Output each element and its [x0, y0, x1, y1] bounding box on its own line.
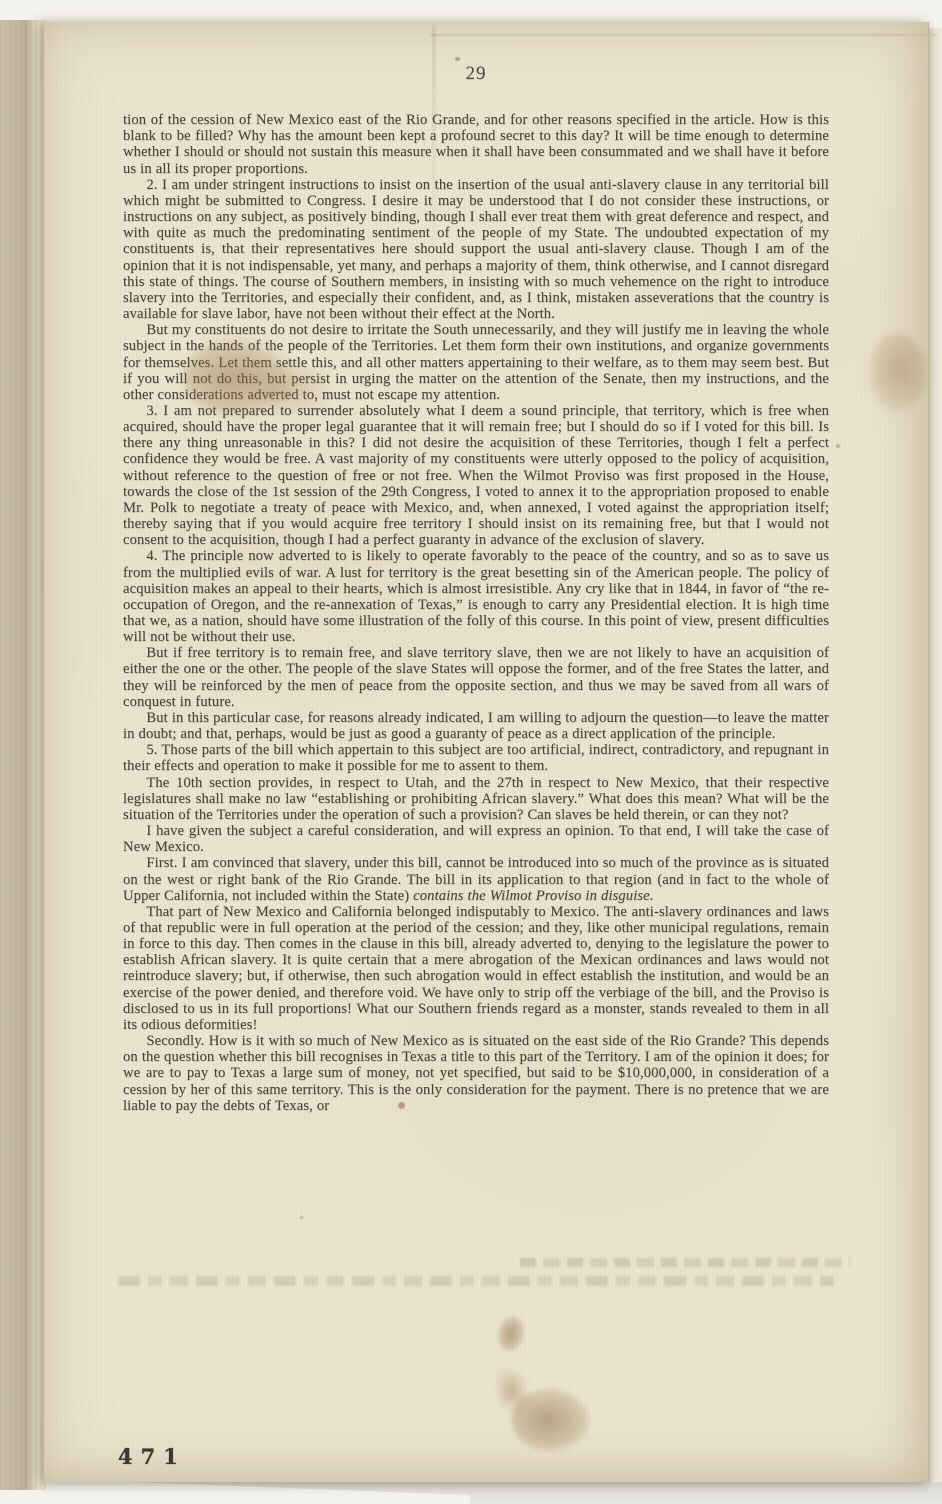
paper-crease [433, 26, 435, 306]
archive-stamp-number: 471 [118, 1444, 186, 1469]
paragraph: But if free territory is to remain free,… [123, 645, 829, 710]
document-page: 29 tion of the cession of New Mexico eas… [44, 22, 929, 1482]
paragraph: Secondly. How is it with so much of New … [123, 1033, 829, 1114]
paragraph: First. I am convinced that slavery, unde… [123, 855, 829, 903]
paragraph: 2. I am under stringent instructions to … [123, 177, 829, 322]
stain-speck [700, 1012, 703, 1015]
book-page-edges-left [0, 20, 46, 1490]
paragraph: The 10th section provides, in respect to… [123, 775, 829, 823]
paragraph: I have given the subject a careful consi… [123, 823, 829, 855]
paragraph: tion of the cession of New Mexico east o… [123, 112, 829, 177]
page-number: 29 [123, 66, 829, 82]
scanned-book-page: 29 tion of the cession of New Mexico eas… [0, 0, 942, 1504]
paragraph-italic-text: contains the Wilmot Proviso in disguise. [413, 888, 653, 904]
paragraph: That part of New Mexico and California b… [123, 904, 829, 1033]
second-sheet-edge [430, 34, 936, 36]
paragraph: 4. The principle now adverted to is like… [123, 548, 829, 645]
paragraph: But my constituents do not desire to irr… [123, 322, 829, 403]
paragraph: But in this particular case, for reasons… [123, 710, 829, 742]
stain-speck [300, 1216, 303, 1219]
body-text: 29 tion of the cession of New Mexico eas… [123, 66, 829, 1114]
stain-speck [455, 57, 460, 61]
paragraph: 3. I am not prepared to surrender absolu… [123, 403, 829, 548]
stain-speck [398, 1102, 405, 1109]
paragraph: 5. Those parts of the bill which apperta… [123, 742, 829, 774]
stain-speck [836, 444, 840, 448]
